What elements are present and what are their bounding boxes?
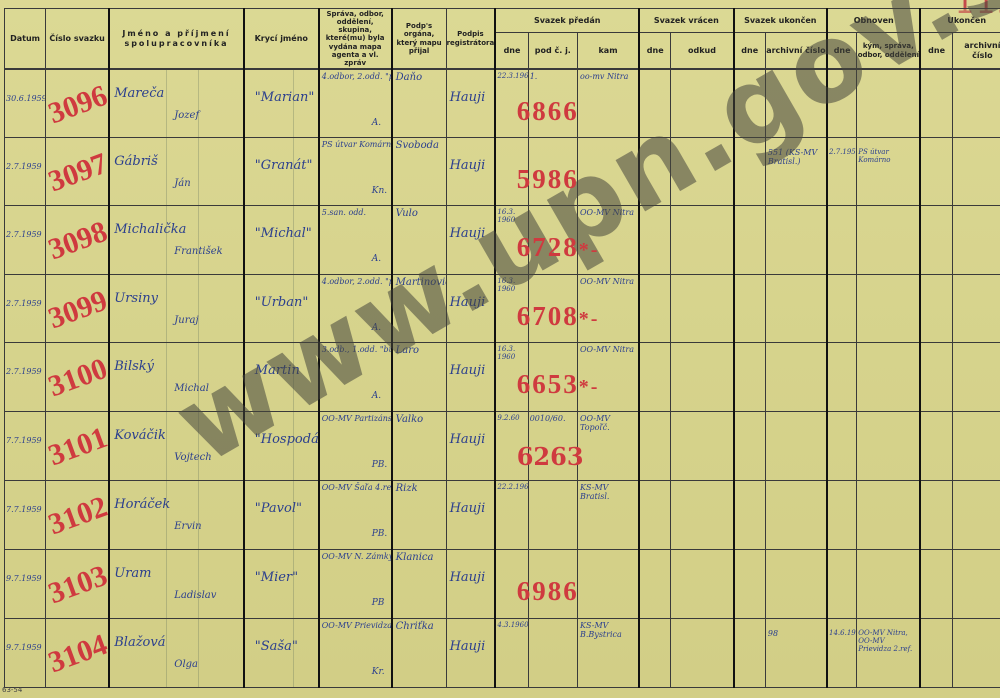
registrar-signature: Hauji (450, 363, 486, 378)
ledger-row: 2.7.19593097GábrišJán"Granát"PS útvar Ko… (5, 138, 1000, 206)
receiving-officer-signature: Vulo (396, 208, 418, 219)
handover-date: 9.2.60 (497, 414, 527, 422)
department-code: PB. (372, 529, 388, 539)
ledger-row: 2.7.19593099UrsinyJuraj"Urban"4.odbor, 2… (5, 275, 1000, 343)
sub-header-dne: dne (920, 33, 952, 69)
entry-date: 2.7.1959 (6, 299, 42, 308)
cover-name: "Saša" (255, 639, 298, 654)
cover-name: "Pavol" (255, 501, 302, 516)
sub-header-pod-cj: pod č. j. (528, 33, 577, 69)
cover-name: "Granát" (255, 158, 313, 173)
registrar-signature: Hauji (450, 432, 486, 447)
cover-name: "Urban" (255, 295, 309, 310)
col-header-svazek-predan: Svazek předán (495, 9, 639, 33)
entry-date: 7.7.1959 (6, 505, 42, 514)
handover-destination: OO-MV Topoľč. (580, 414, 636, 432)
department-code: A. (372, 323, 381, 333)
department: PS útvar Komárno (322, 140, 392, 149)
transfer-number-stamp: 6728*- (517, 232, 600, 263)
department-code: A. (372, 254, 381, 264)
entry-date: 9.7.1959 (6, 574, 42, 583)
col-header-kryci-jmeno: Krycí jméno (244, 9, 319, 69)
entry-date: 9.7.1959 (6, 643, 42, 652)
ledger-row: 9.7.19593103UramLadislav"Mier"OO-MV N. Z… (5, 550, 1000, 619)
handover-destination: oo-mv Nitra (580, 72, 636, 81)
col-header-svazek-ukoncen: Svazek ukončen (734, 9, 827, 33)
ledger-row: 9.7.19593104BlažováOlga"Saša"OO-MV Priev… (5, 619, 1000, 688)
registrar-signature: Hauji (450, 501, 486, 516)
department: 5.san. odd. (322, 208, 366, 217)
cover-name: "Hospodár" (255, 432, 319, 447)
volume-number-stamp: 3102 (46, 490, 110, 542)
transfer-number-stamp: 6708*- (517, 301, 600, 332)
closed-archive-number: 98 (768, 629, 824, 638)
first-name: Ladislav (174, 590, 216, 601)
surname: Ursiny (114, 291, 158, 306)
transfer-number-stamp: 6866 (517, 96, 579, 127)
department: OO-MV N. Zámky 2.ref. (322, 552, 392, 561)
department: OO-MV Partizánske 4.ref. (322, 414, 392, 423)
renewed-by: PS útvar Komárno (858, 148, 918, 164)
cover-name: "Marian" (255, 90, 315, 105)
registrar-signature: Hauji (450, 295, 486, 310)
registrar-signature: Hauji (450, 226, 486, 241)
sub-header-archivni-cislo: archivní číslo (765, 33, 827, 69)
receiving-officer-signature: Valko (396, 414, 424, 425)
ledger-row: 7.7.19593101KováčikVojtech"Hospodár"OO-M… (5, 412, 1000, 481)
transfer-number-stamp: 6653*- (517, 369, 600, 400)
renewed-date: 14.6.1959 (829, 629, 857, 637)
department: 3.odb., 1.odd. "burž.nacion." (322, 345, 392, 354)
volume-number-stamp: 3103 (46, 559, 110, 611)
volume-number-stamp: 3100 (46, 352, 110, 404)
col-header-obnoven: Obnoven (827, 9, 920, 33)
volume-number-stamp: 3104 (46, 628, 110, 680)
closed-archive-number: 551 (KS-MV Bratisl.) (768, 148, 824, 166)
col-header-ukoncen: Ukončen (920, 9, 1000, 33)
surname: Uram (114, 566, 151, 581)
first-name: Jozef (174, 110, 199, 121)
col-header-cislo-svazku: Číslo svazku (46, 9, 110, 69)
entry-date: 2.7.1959 (6, 162, 42, 171)
col-header-podpis-organu: Podp's orgána, který mapu přijal (392, 9, 446, 69)
entry-date: 2.7.1959 (6, 230, 42, 239)
handover-date: 22.3.1960 (497, 72, 527, 80)
surname: Gábriš (114, 154, 158, 169)
department: 4.odbor, 2.odd. "pol.kontr." (322, 277, 392, 286)
department-code: A. (372, 391, 381, 401)
sub-header-dne: dne (639, 33, 671, 69)
surname: Michalička (114, 222, 186, 237)
ledger-row: 2.7.19593100BilskýMichalMartin3.odb., 1.… (5, 343, 1000, 412)
col-header-sprava: Správa, odbor, oddělení, skupina, které(… (319, 9, 392, 69)
transfer-number-stamp: 5986 (517, 164, 579, 195)
first-name: Michal (174, 383, 209, 394)
entry-date: 30.6.1959 (6, 94, 46, 103)
department-code: A. (372, 118, 381, 128)
receiving-officer-signature: Klanica (396, 552, 434, 563)
first-name: Ján (174, 178, 190, 189)
registry-ledger-rows: 30.6.19593096MarečaJozef"Marian"4.odbor,… (4, 69, 1000, 688)
renewed-date: 2.7.1959 (829, 148, 857, 156)
handover-destination: OO-MV Nitra (580, 208, 636, 217)
surname: Horáček (114, 497, 170, 512)
cover-name: "Michal" (255, 226, 312, 241)
handover-ref: 1. (530, 72, 538, 81)
volume-number-stamp: 3101 (46, 421, 110, 473)
ledger-row: 30.6.19593096MarečaJozef"Marian"4.odbor,… (5, 70, 1000, 138)
handover-destination: OO-MV Nitra (580, 277, 636, 286)
volume-number-stamp: 3098 (46, 215, 110, 267)
sub-header-dne: dne (827, 33, 857, 69)
registrar-signature: Hauji (450, 570, 486, 585)
handover-date: 22.2.1960 (497, 483, 527, 491)
department-code: Kr. (372, 667, 385, 677)
receiving-officer-signature: Martinovič (396, 277, 446, 288)
sub-header-archivni-cislo: archivní číslo (952, 33, 1000, 69)
department: OO-MV Šaľa 4.ref. (322, 483, 392, 492)
form-code: 63-54 (2, 686, 22, 694)
col-header-jmeno: Jméno a příjmení spolupracovníka (109, 9, 244, 69)
sub-header-dne: dne (495, 33, 528, 69)
receiving-officer-signature: Daňo (396, 72, 422, 83)
receiving-officer-signature: Chriťka (396, 621, 434, 632)
renewed-by: OO-MV Nitra, OO-MV Prievidza 2.ref. (858, 629, 918, 653)
first-name: Juraj (174, 315, 198, 326)
handover-destination: KS-MV Bratisl. (580, 483, 636, 501)
department-code: PB. (372, 460, 388, 470)
receiving-officer-signature: Laro (396, 345, 419, 356)
sub-header-kam: kam (577, 33, 639, 69)
sub-header-dne: dne (734, 33, 766, 69)
transfer-number-stamp: 6263 (517, 442, 584, 471)
sub-header-kym: kým, správa, odbor, oddělení (857, 33, 921, 69)
registrar-signature: Hauji (450, 158, 486, 173)
department: OO-MV Prievidza USA 2.ref. (322, 621, 392, 630)
handover-destination: OO-MV Nitra (580, 345, 636, 354)
department-code: Kn. (372, 186, 387, 196)
sub-header-odkud: odkud (671, 33, 734, 69)
first-name: Vojtech (174, 452, 211, 463)
handover-destination: KS-MV B.Bystrica (580, 621, 636, 639)
surname: Blažová (114, 635, 165, 650)
handover-ref: 0010/60. (530, 414, 566, 423)
registrar-signature: Hauji (450, 90, 486, 105)
cover-name: "Mier" (255, 570, 298, 585)
col-header-podpis-registratora: Podpis registrátora (446, 9, 495, 69)
col-header-datum: Datum (5, 9, 46, 69)
handover-date: 16.3. 1960 (497, 345, 527, 361)
surname: Mareča (114, 86, 164, 101)
handover-date: 4.3.1960 (497, 621, 527, 629)
volume-number-stamp: 3096 (46, 79, 110, 131)
scanned-ledger-page: 115 Datum Číslo svazku Jméno a příjmení … (0, 0, 1000, 698)
volume-number-stamp: 3097 (46, 147, 110, 199)
handover-date: 16.3. 1960 (497, 208, 527, 224)
transfer-number-stamp: 6986 (517, 576, 579, 607)
entry-date: 7.7.1959 (6, 436, 42, 445)
surname: Bilský (114, 359, 154, 374)
volume-number-stamp: 3099 (46, 284, 110, 336)
first-name: Olga (174, 659, 198, 670)
registry-ledger-table: Datum Číslo svazku Jméno a příjmení spol… (4, 8, 1000, 69)
receiving-officer-signature: Rizk (396, 483, 418, 494)
ledger-row: 2.7.19593098MichaličkaFrantišek"Michal"5… (5, 206, 1000, 275)
receiving-officer-signature: Svoboda (396, 140, 439, 151)
registrar-signature: Hauji (450, 639, 486, 654)
ledger-row: 7.7.19593102HoráčekErvin"Pavol"OO-MV Šaľ… (5, 481, 1000, 550)
department-code: PB (372, 598, 385, 608)
handover-date: 16.3. 1960 (497, 277, 527, 293)
surname: Kováčik (114, 428, 166, 443)
entry-date: 2.7.1959 (6, 367, 42, 376)
col-header-svazek-vracen: Svazek vrácen (639, 9, 733, 33)
department: 4.odbor, 2.odd. "pol.kontr." (322, 72, 392, 81)
